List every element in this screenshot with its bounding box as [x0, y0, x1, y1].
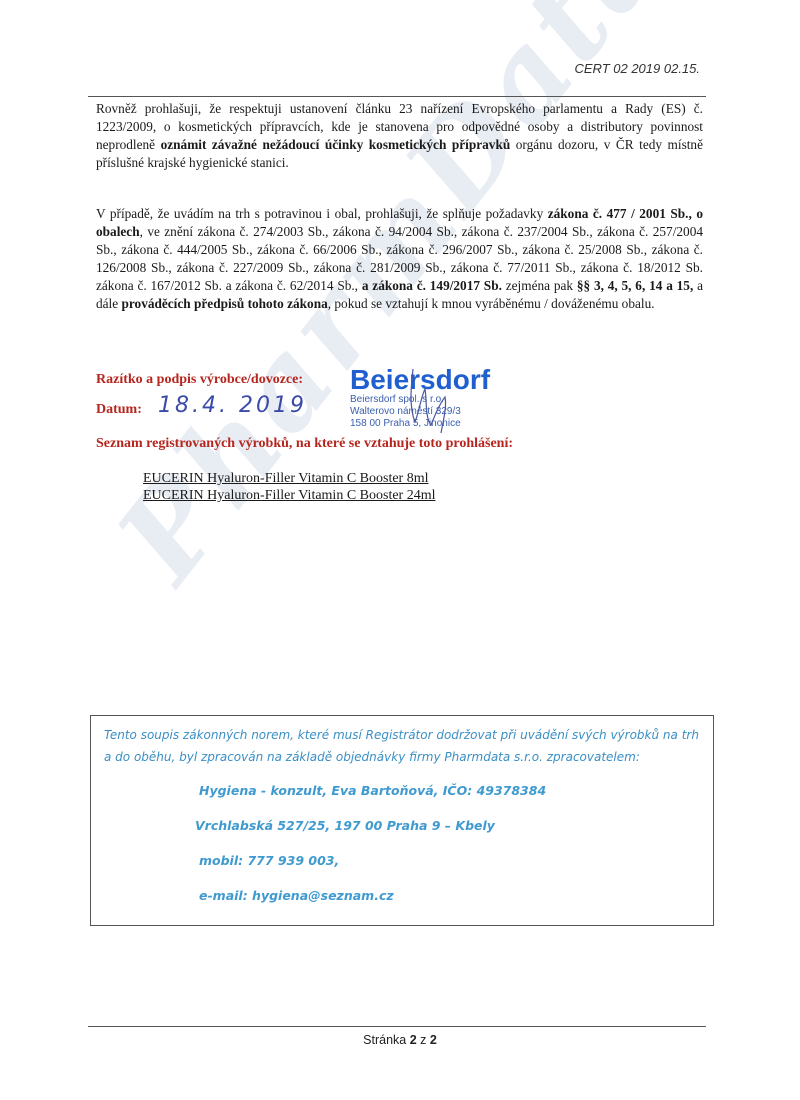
- footer-divider: [88, 1026, 706, 1027]
- page-label: Stránka: [363, 1033, 406, 1047]
- info-address: Vrchlabská 527/25, 197 00 Praha 9 – Kbel…: [195, 818, 495, 833]
- p1-bold: oznámit závažné nežádoucí účinky kosmeti…: [161, 137, 511, 152]
- product-list: EUCERIN Hyaluron-Filler Vitamin C Booste…: [143, 470, 436, 504]
- page-total: 2: [430, 1033, 437, 1047]
- info-mobile: mobil: 777 939 003,: [199, 853, 339, 868]
- page-current: 2: [410, 1033, 417, 1047]
- p2-text: V případě, že uvádím na trh s potravinou…: [96, 206, 548, 221]
- paragraph-packaging-law: V případě, že uvádím na trh s potravinou…: [96, 205, 703, 313]
- info-email: e-mail: hygiena@seznam.cz: [199, 888, 394, 903]
- p2-text: , pokud se vztahují k mnou vyráběnému / …: [328, 296, 655, 311]
- date-label: Datum:: [96, 402, 142, 418]
- info-company: Hygiena - konzult, Eva Bartoňová, IČO: 4…: [199, 783, 546, 798]
- stamp-signature-label: Razítko a podpis výrobce/dovozce:: [96, 372, 303, 388]
- info-intro: Tento soupis zákonných norem, které musí…: [104, 724, 704, 768]
- p2-bold-law: a zákona č. 149/2017 Sb.: [362, 278, 502, 293]
- header-divider: [88, 96, 706, 97]
- p2-text: zejména pak: [502, 278, 577, 293]
- p2-bold-sections: §§ 3, 4, 5, 6, 14 a 15,: [577, 278, 693, 293]
- signature-icon: [395, 367, 455, 437]
- page-sep: z: [420, 1033, 426, 1047]
- product-item: EUCERIN Hyaluron-Filler Vitamin C Booste…: [143, 470, 436, 487]
- paragraph-cosmetics-regulation: Rovněž prohlašuji, že respektuji ustanov…: [96, 100, 703, 172]
- page-number: Stránka 2 z 2: [0, 1033, 800, 1047]
- product-list-label: Seznam registrovaných výrobků, na které …: [96, 436, 513, 452]
- handwritten-date: 18.4. 2019: [158, 393, 307, 418]
- compiler-info-box: Tento soupis zákonných norem, které musí…: [90, 715, 714, 926]
- product-item: EUCERIN Hyaluron-Filler Vitamin C Booste…: [143, 487, 436, 504]
- p2-bold-regulations: prováděcích předpisů tohoto zákona: [121, 296, 327, 311]
- document-code: CERT 02 2019 02.15.: [574, 61, 700, 76]
